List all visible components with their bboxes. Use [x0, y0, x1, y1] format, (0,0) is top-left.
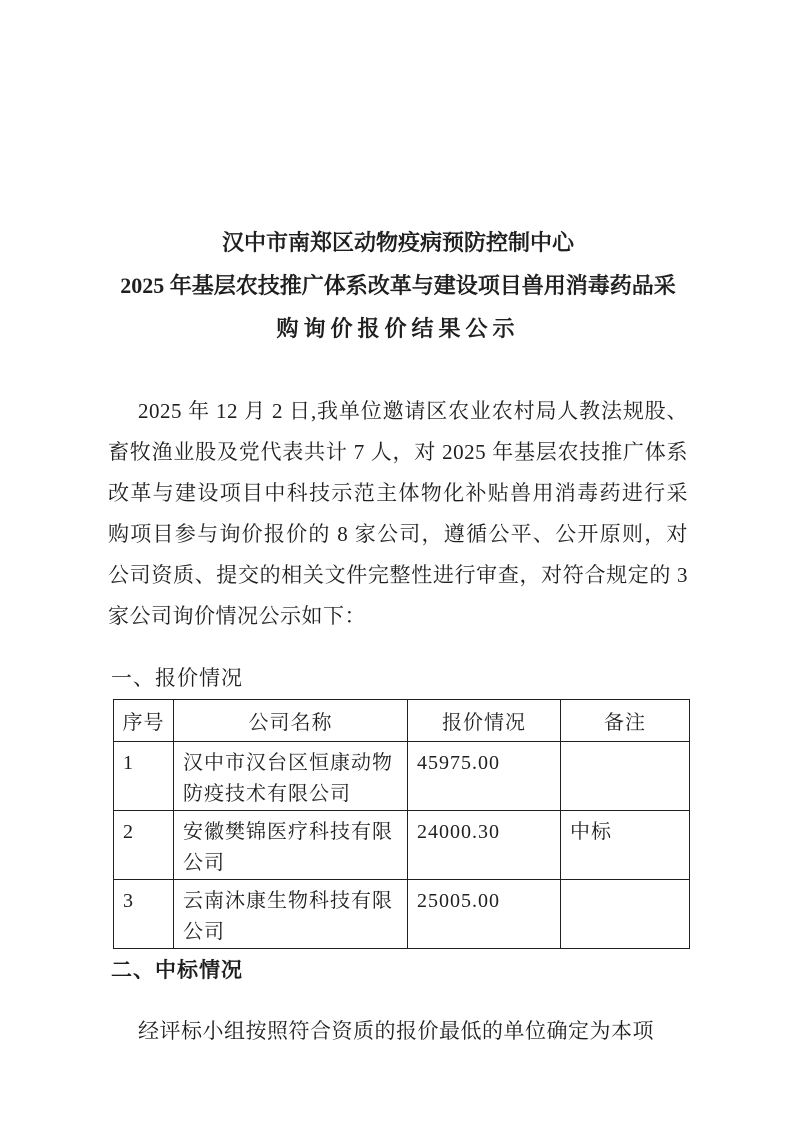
section-heading-quotes: 一、报价情况 — [108, 658, 688, 699]
title-line-2: 2025 年基层农技推广体系改革与建设项目兽用消毒药品采 — [108, 264, 688, 307]
section-heading-award: 二、中标情况 — [108, 951, 688, 989]
cell-note: 中标 — [561, 811, 690, 880]
header-cell-note: 备注 — [561, 700, 690, 742]
cell-company: 汉中市汉台区恒康动物防疫技术有限公司 — [174, 742, 408, 811]
cell-index: 2 — [114, 811, 174, 880]
table-header-row: 序号 公司名称 报价情况 备注 — [114, 700, 690, 742]
cell-note — [561, 742, 690, 811]
quote-table: 序号 公司名称 报价情况 备注 1 汉中市汉台区恒康动物防疫技术有限公司 459… — [113, 699, 690, 949]
document-content: 汉中市南郑区动物疫病预防控制中心 2025 年基层农技推广体系改革与建设项目兽用… — [0, 0, 792, 1052]
cell-index: 1 — [114, 742, 174, 811]
intro-paragraph: 2025 年 12 月 2 日,我单位邀请区农业农村局人教法规股、畜牧渔业股及党… — [108, 391, 688, 637]
cell-company: 安徽樊锦医疗科技有限公司 — [174, 811, 408, 880]
cell-price: 25005.00 — [408, 880, 561, 949]
table-row: 2 安徽樊锦医疗科技有限公司 24000.30 中标 — [114, 811, 690, 880]
cell-company: 云南沐康生物科技有限公司 — [174, 880, 408, 949]
cell-price: 24000.30 — [408, 811, 561, 880]
header-cell-index: 序号 — [114, 700, 174, 742]
header-cell-company: 公司名称 — [174, 700, 408, 742]
title-line-3: 购询价报价结果公示 — [108, 307, 688, 350]
document-page: 汉中市南郑区动物疫病预防控制中心 2025 年基层农技推广体系改革与建设项目兽用… — [0, 0, 792, 1121]
closing-paragraph: 经评标小组按照符合资质的报价最低的单位确定为本项 — [108, 1010, 688, 1052]
table-row: 1 汉中市汉台区恒康动物防疫技术有限公司 45975.00 — [114, 742, 690, 811]
cell-note — [561, 880, 690, 949]
document-title: 汉中市南郑区动物疫病预防控制中心 2025 年基层农技推广体系改革与建设项目兽用… — [108, 0, 688, 350]
title-line-1: 汉中市南郑区动物疫病预防控制中心 — [108, 221, 688, 264]
header-cell-price: 报价情况 — [408, 700, 561, 742]
cell-index: 3 — [114, 880, 174, 949]
table-row: 3 云南沐康生物科技有限公司 25005.00 — [114, 880, 690, 949]
cell-price: 45975.00 — [408, 742, 561, 811]
